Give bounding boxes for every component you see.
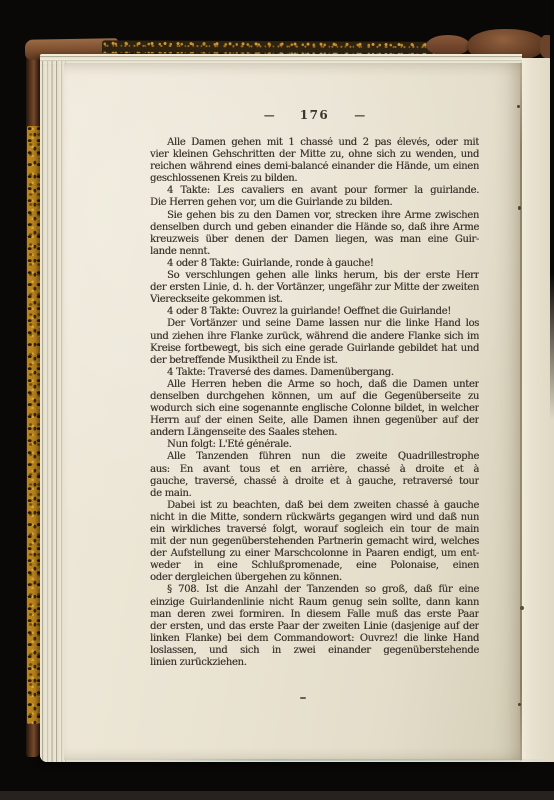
text-line: gauche, traversé, chassé à droite et à g… bbox=[150, 476, 479, 488]
gutter-speck bbox=[520, 606, 524, 610]
header-dash-left: — bbox=[264, 109, 275, 122]
text-line: 4 Takte: Les cavaliers en avant pour for… bbox=[150, 185, 479, 197]
text-line: loslassen, und sich in zwei einander geg… bbox=[150, 645, 479, 657]
page-number-header: — 176 — bbox=[150, 108, 479, 122]
text-line: lande nennt. bbox=[150, 246, 479, 258]
book-cover-marbled-edge-left bbox=[27, 126, 40, 724]
header-dash-right: — bbox=[354, 109, 365, 122]
book-cover-marbled-edge-top bbox=[102, 40, 452, 55]
page-text: Alle Damen gehen mit 1 chassé und 2 pas … bbox=[150, 137, 479, 669]
book-spine-leather-band-left bbox=[426, 35, 470, 56]
text-line: Alle Damen gehen mit 1 chassé und 2 pas … bbox=[150, 137, 479, 149]
text-line: nicht in die Mitte, sondern rückwärts ge… bbox=[150, 512, 479, 524]
gutter-crease bbox=[520, 62, 522, 761]
text-line: wodurch sich eine sogenannte englische C… bbox=[150, 403, 479, 415]
text-line: einzige Guirlandenlinie nicht Raum genug… bbox=[150, 597, 479, 609]
text-line: man deren zwei formiren. In diesem Falle… bbox=[150, 609, 479, 621]
page-bottom-edge-sheen bbox=[150, 759, 554, 761]
gutter-speck bbox=[517, 105, 520, 108]
text-line: geschlossenen Kreis zu bilden. bbox=[150, 173, 479, 185]
text-line: der ersten, und das erste Paar der zweit… bbox=[150, 621, 479, 633]
text-line: linken Flanke) bei dem Commandowort: Ouv… bbox=[150, 633, 479, 645]
text-line: und ziehen ihre Flanke zurück, während d… bbox=[150, 331, 479, 343]
text-line: Nun folgt: L'Eté générale. bbox=[150, 439, 479, 451]
text-line: aus: En avant tous et en arrière, chassé… bbox=[150, 464, 479, 476]
text-line: Alle Herren heben die Arme so hoch, daß … bbox=[150, 379, 479, 391]
text-line: Herrn auf der einen Seite, alle Damen ih… bbox=[150, 415, 479, 427]
page-number: 176 bbox=[300, 108, 330, 122]
text-line: So verschlungen gehen alle links herum, … bbox=[150, 270, 479, 282]
background-bottom-strip bbox=[0, 791, 554, 800]
gutter-speck bbox=[518, 206, 521, 210]
text-line: Dabei ist zu beachten, daß bei dem zweit… bbox=[150, 500, 479, 512]
text-line: Kreise fortbewegt, bis sich eine gerade … bbox=[150, 343, 479, 355]
text-line: vier kleinen Gehschritten der Mitte zu, … bbox=[150, 149, 479, 161]
text-line: weder in eine Schlußpromenade, eine Polo… bbox=[150, 560, 479, 572]
text-line: reichen während eines demi-balancé einan… bbox=[150, 161, 479, 173]
photo-of-open-book: — 176 — Alle Damen gehen mit 1 chassé un… bbox=[0, 0, 554, 800]
text-line: der ersten Linie, d. h. der Vortänzer, u… bbox=[150, 282, 479, 294]
text-line: Viereckseite gekommen ist. bbox=[150, 294, 479, 306]
text-line: 4 oder 8 Takte: Ouvrez la guirlande! Oef… bbox=[150, 306, 479, 318]
text-line: § 708. Ist die Anzahl der Tanzenden so g… bbox=[150, 584, 479, 596]
text-line: denselben durchgehen können, um auf die … bbox=[150, 391, 479, 403]
text-line: linien zurückziehen. bbox=[150, 657, 479, 669]
text-line: andern Längenseite des Saales stehen. bbox=[150, 427, 479, 439]
text-line: de main. bbox=[150, 488, 479, 500]
text-line: Die Herren gehen vor, um die Guirlande z… bbox=[150, 197, 479, 209]
gutter-speck bbox=[518, 703, 521, 706]
text-line: oder dergleichen übergehen zu können. bbox=[150, 572, 479, 584]
shadow-right-edge bbox=[550, 0, 554, 420]
page-edges-left bbox=[40, 61, 66, 762]
text-line: 4 oder 8 Takte: Guirlande, ronde à gauch… bbox=[150, 258, 479, 270]
text-line: kreuzweis über denen der Damen liegen, w… bbox=[150, 234, 479, 246]
text-line: ein wirkliches traversé folgt, worauf so… bbox=[150, 524, 479, 536]
page-mark bbox=[300, 697, 306, 699]
text-line: Der Vortänzer und seine Dame lassen nur … bbox=[150, 318, 479, 330]
text-line: der betreffende Musiktheil zu Ende ist. bbox=[150, 355, 479, 367]
text-line: 4 Takte: Traversé des dames. Damenüberga… bbox=[150, 367, 479, 379]
text-line: mit der nun gegenüberstehenden Partnerin… bbox=[150, 536, 479, 548]
text-line: denselben durch und geben einander die H… bbox=[150, 222, 479, 234]
text-line: der Aufstellung zu einer Marschcolonne i… bbox=[150, 548, 479, 560]
text-line: Alle Tanzenden führen nun die zweite Qua… bbox=[150, 451, 479, 463]
text-line: Sie gehen bis zu den Damen vor, strecken… bbox=[150, 210, 479, 222]
